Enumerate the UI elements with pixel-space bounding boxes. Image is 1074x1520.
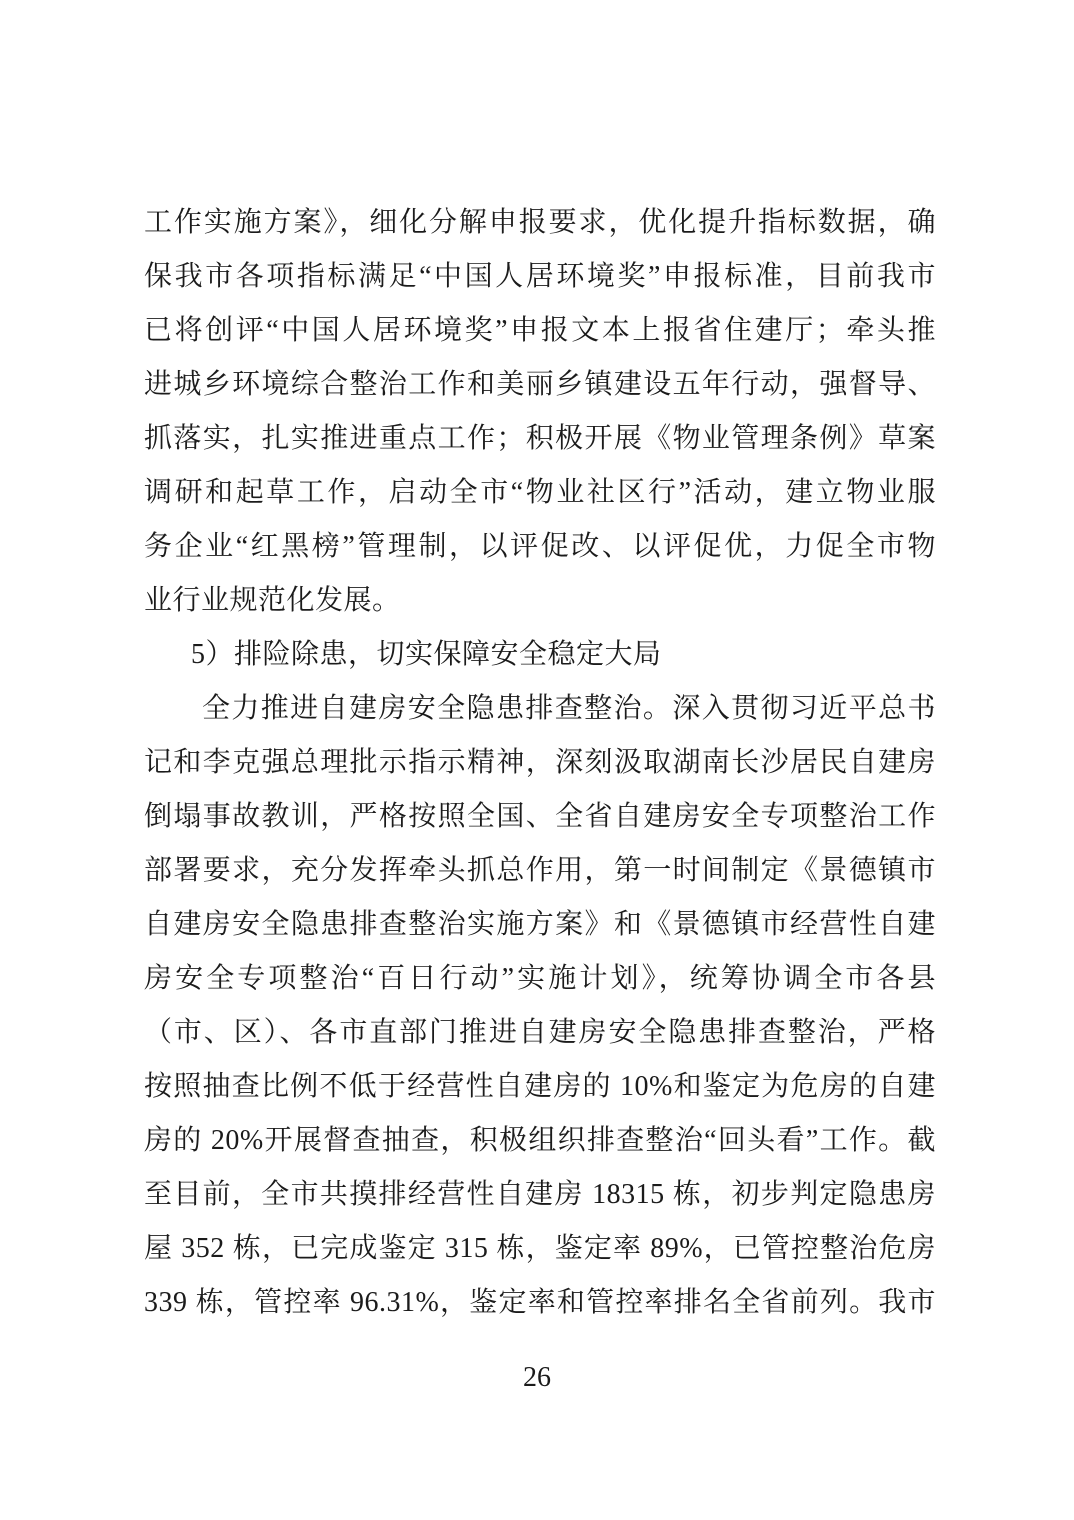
text-line: 5）排险除患，切实保障安全稳定大局 (144, 628, 936, 682)
text-line: 按照抽查比例不低于经营性自建房的 10%和鉴定为危房的自建 (144, 1060, 936, 1114)
text-line: 进城乡环境综合整治工作和美丽乡镇建设五年行动，强督导、 (144, 358, 936, 412)
text-line: 务企业“红黑榜”管理制，以评促改、以评促优，力促全市物 (144, 520, 936, 574)
text-line: 已将创评“中国人居环境奖”申报文本上报省住建厅；牵头推 (144, 304, 936, 358)
text-line: 记和李克强总理批示指示精神，深刻汲取湖南长沙居民自建房 (144, 736, 936, 790)
text-line: 房安全专项整治“百日行动”实施计划》，统筹协调全市各县 (144, 952, 936, 1006)
text-line: 调研和起草工作，启动全市“物业社区行”活动，建立物业服 (144, 466, 936, 520)
text-line: 全力推进自建房安全隐患排查整治。深入贯彻习近平总书 (144, 682, 936, 736)
text-line: 至目前，全市共摸排经营性自建房 18315 栋，初步判定隐患房 (144, 1168, 936, 1222)
text-line: 339 栋，管控率 96.31%，鉴定率和管控率排名全省前列。我市 (144, 1276, 936, 1330)
text-line: 部署要求，充分发挥牵头抓总作用，第一时间制定《景德镇市 (144, 844, 936, 898)
text-line: 抓落实，扎实推进重点工作；积极开展《物业管理条例》草案 (144, 412, 936, 466)
page-number: 26 (0, 1362, 1074, 1394)
text-line: 倒塌事故教训，严格按照全国、全省自建房安全专项整治工作 (144, 790, 936, 844)
document-page: 工作实施方案》，细化分解申报要求，优化提升指标数据，确保我市各项指标满足“中国人… (0, 0, 1074, 1520)
text-line: 业行业规范化发展。 (144, 574, 936, 628)
text-line: 房的 20%开展督查抽查，积极组织排查整治“回头看”工作。截 (144, 1114, 936, 1168)
text-line: 保我市各项指标满足“中国人居环境奖”申报标准，目前我市 (144, 250, 936, 304)
document-body: 工作实施方案》，细化分解申报要求，优化提升指标数据，确保我市各项指标满足“中国人… (144, 196, 936, 1330)
text-line: 屋 352 栋，已完成鉴定 315 栋，鉴定率 89%，已管控整治危房为 (144, 1222, 936, 1276)
text-line: （市、区）、各市直部门推进自建房安全隐患排查整治，严格 (144, 1006, 936, 1060)
text-line: 自建房安全隐患排查整治实施方案》和《景德镇市经营性自建 (144, 898, 936, 952)
text-line: 工作实施方案》，细化分解申报要求，优化提升指标数据，确 (144, 196, 936, 250)
